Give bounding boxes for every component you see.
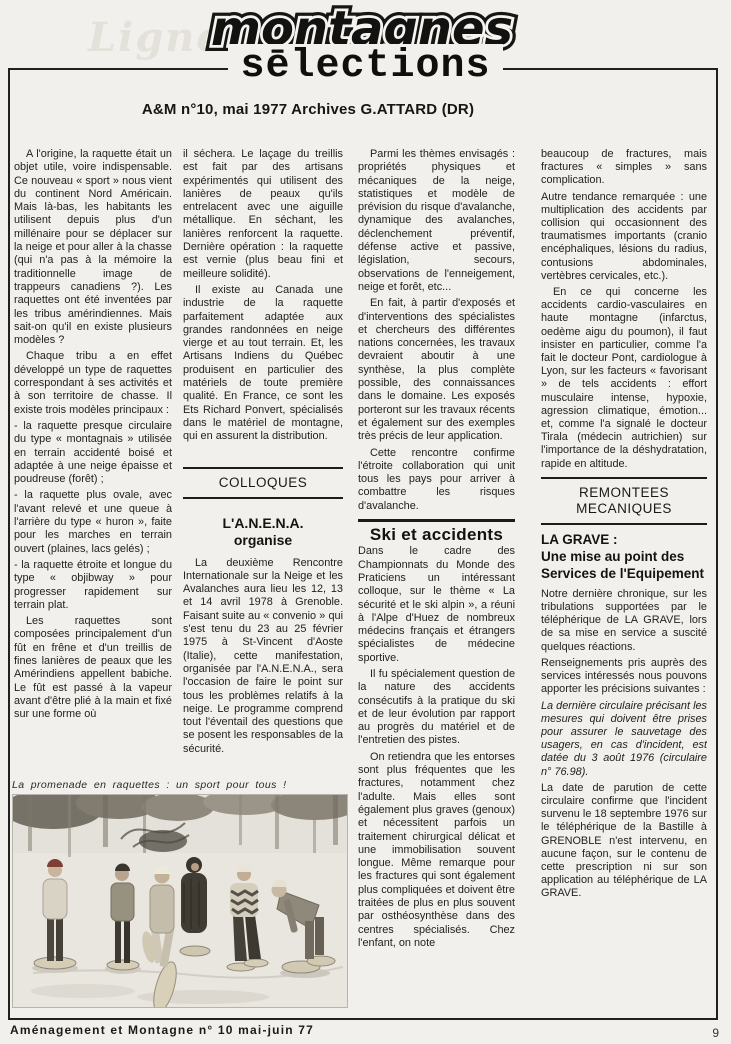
paragraph: Autre tendance remarquée : une multiplic…: [541, 191, 707, 283]
paragraph: Dans le cadre des Championnats du Monde …: [358, 545, 515, 665]
column-1: A l'origine, la raquette était un objet …: [14, 148, 172, 778]
page-number: 9: [712, 1026, 719, 1040]
paragraph: Il fu spécialement question de la nature…: [358, 668, 515, 748]
article-title-la-grave: LA GRAVE : Une mise au point des Service…: [541, 531, 707, 582]
section-header-remontees: REMONTEES MECANIQUES: [541, 485, 707, 517]
section-rule: [183, 467, 343, 469]
paragraph: La deuxième Rencontre Internationale sur…: [183, 557, 343, 756]
paragraph: Notre dernière chronique, sur les tribul…: [541, 588, 707, 654]
column-4: beaucoup de fractures, mais fractures « …: [541, 148, 707, 1010]
section-rule: [183, 497, 343, 499]
header-line: MECANIQUES: [541, 501, 707, 517]
paragraph: En ce qui concerne les accidents cardio-…: [541, 286, 707, 471]
paragraph: - la raquette plus ovale, avec l'avant r…: [14, 489, 172, 555]
paragraph: Renseignements pris auprès des services …: [541, 657, 707, 697]
journal-footer: Aménagement et Montagne n° 10 mai-juin 7…: [10, 1023, 314, 1037]
section-header-colloques: COLLOQUES: [183, 475, 343, 491]
title-line: L'A.N.E.N.A.: [183, 515, 343, 532]
title-line: LA GRAVE :: [541, 531, 707, 548]
title-line: organise: [183, 532, 343, 549]
paragraph: il séchera. Le laçage du treillis est fa…: [183, 148, 343, 281]
paragraph: beaucoup de fractures, mais fractures « …: [541, 148, 707, 188]
paragraph: - la raquette étroite et longue du type …: [14, 559, 172, 612]
photo-block: La promenade en raquettes : un sport pou…: [12, 779, 348, 1008]
section-rule: [541, 477, 707, 479]
paragraph: Il existe au Canada une industrie de la …: [183, 284, 343, 444]
spacer: [183, 447, 343, 461]
paragraph: Chaque tribu a en effet développé un typ…: [14, 350, 172, 416]
snowshoe-photo: [12, 794, 348, 1008]
paragraph: On retiendra que les entorses sont plus …: [358, 751, 515, 950]
section-title: sēlections: [0, 44, 731, 89]
photo-caption: La promenade en raquettes : un sport pou…: [12, 779, 348, 791]
paragraph: En fait, à partir d'exposés et d'interve…: [358, 297, 515, 443]
column-3: Parmi les thèmes envisagés : propriétés …: [358, 148, 515, 1010]
section-rule: [358, 519, 515, 522]
header-line: REMONTEES: [541, 485, 707, 501]
paragraph-italic: La dernière circulaire précisant les mes…: [541, 700, 707, 779]
paragraph: La date de parution de cette circulaire …: [541, 782, 707, 901]
article-title-ski: Ski et accidents: [358, 528, 515, 541]
paragraph: - la raquette presque circulaire du type…: [14, 420, 172, 486]
title-line: Une mise au point des Services de l'Equi…: [541, 548, 707, 582]
dateline: A&M n°10, mai 1977 Archives G.ATTARD (DR…: [8, 101, 608, 118]
article-title-anena: L'A.N.E.N.A. organise: [183, 515, 343, 549]
magazine-page: Lignes montagnes montagnes montagnes sēl…: [0, 0, 731, 1044]
column-2: il séchera. Le laçage du treillis est fa…: [183, 148, 343, 778]
paragraph: A l'origine, la raquette était un objet …: [14, 148, 172, 347]
paragraph: Cette rencontre confirme l'étroite colla…: [358, 447, 515, 513]
paragraph: Parmi les thèmes envisagés : propriétés …: [358, 148, 515, 294]
section-rule: [541, 523, 707, 525]
paragraph: Les raquettes sont composées principalem…: [14, 615, 172, 721]
